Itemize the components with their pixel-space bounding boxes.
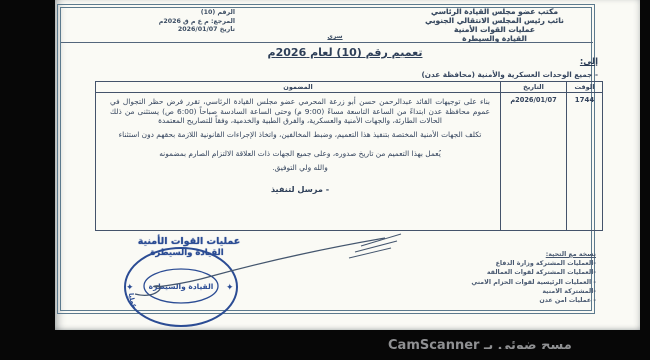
letterhead-line-deputy: نائب رئيس المجلس الانتقالي الجنوبي: [397, 16, 592, 25]
table-header-row: الوقت التاريخ المضمون: [96, 82, 602, 93]
distribution-item-aden: - عمليات امن عدن: [436, 296, 596, 305]
screenshot-root: { "doc": { "header_right": { "lines": [ …: [0, 0, 650, 360]
column-header-time: الوقت: [566, 82, 602, 92]
to-label: إلى:: [580, 57, 598, 67]
distribution-item-defense: -العمليات المشتركة وزارة الدفاع: [436, 259, 596, 268]
reference-block: الرقم (10) المرجع: م ع م ق 2026م تاريخ 2…: [143, 9, 235, 35]
distribution-item-joint: -المشتركة الامنية: [436, 287, 596, 296]
body-paragraph-curfew: بناء على توجيهات القائد عبدالرحمن حسن أب…: [110, 97, 490, 126]
distribution-item-giants: -العمليات المشتركة لقوات العمالقة: [436, 268, 596, 277]
recipient-line: - جميع الوحدات العسكرية والأمنية (محافظة…: [421, 70, 598, 79]
table-row: 1744 2026/01/07م بناء على توجيهات القائد…: [96, 93, 602, 230]
letterhead-line-office: مكتب عضو مجلس القيادة الرئاسي: [397, 7, 592, 16]
letterhead-line-operations: عمليات القوات الأمنية: [397, 25, 592, 34]
page-title: تعميم رقم (10) لعام 2026م: [225, 46, 465, 59]
body-paragraph-enforce: تكلف الجهات الأمنية المختصة بتنفيذ هذا ا…: [110, 130, 490, 140]
closing-invocation: والله ولي التوفيق.: [110, 163, 490, 173]
cell-date: 2026/01/07م: [500, 93, 566, 230]
column-header-date: التاريخ: [500, 82, 566, 92]
dispatch-note: - مرسل لتنفيذ: [110, 185, 490, 195]
body-paragraph-effective: يُعمل بهذا التعميم من تاريخ صدوره، وعلى …: [110, 149, 490, 159]
document-reference: المرجع: م ع م ق 2026م: [143, 18, 235, 27]
camscanner-watermark-text: مسح ضوئي بـ CamScanner: [388, 338, 613, 349]
distribution-list: نسخة مع التحية: -العمليات المشتركة وزارة…: [436, 250, 596, 305]
signature-icon: [117, 230, 407, 310]
distribution-item-belt: - العمليات الرئيسية لقوات الحزام الامني: [436, 278, 596, 287]
cell-content: بناء على توجيهات القائد عبدالرحمن حسن أب…: [96, 93, 500, 230]
circular-table: الوقت التاريخ المضمون 1744 2026/01/07م ب…: [95, 81, 603, 231]
letterhead: مكتب عضو مجلس القيادة الرئاسي نائب رئيس …: [397, 7, 592, 43]
cell-time: 1744: [566, 93, 602, 230]
document-number: الرقم (10): [143, 9, 235, 18]
header-divider: [61, 42, 593, 43]
camscanner-watermark: مسح ضوئي بـ CamScanner: [388, 338, 613, 349]
scanned-document-page: مكتب عضو مجلس القيادة الرئاسي نائب رئيس …: [55, 0, 640, 330]
distribution-title: نسخة مع التحية:: [436, 250, 596, 259]
column-header-content: المضمون: [96, 82, 500, 92]
document-date: تاريخ 2026/01/07: [143, 26, 235, 35]
classification-label: سري: [305, 33, 365, 40]
